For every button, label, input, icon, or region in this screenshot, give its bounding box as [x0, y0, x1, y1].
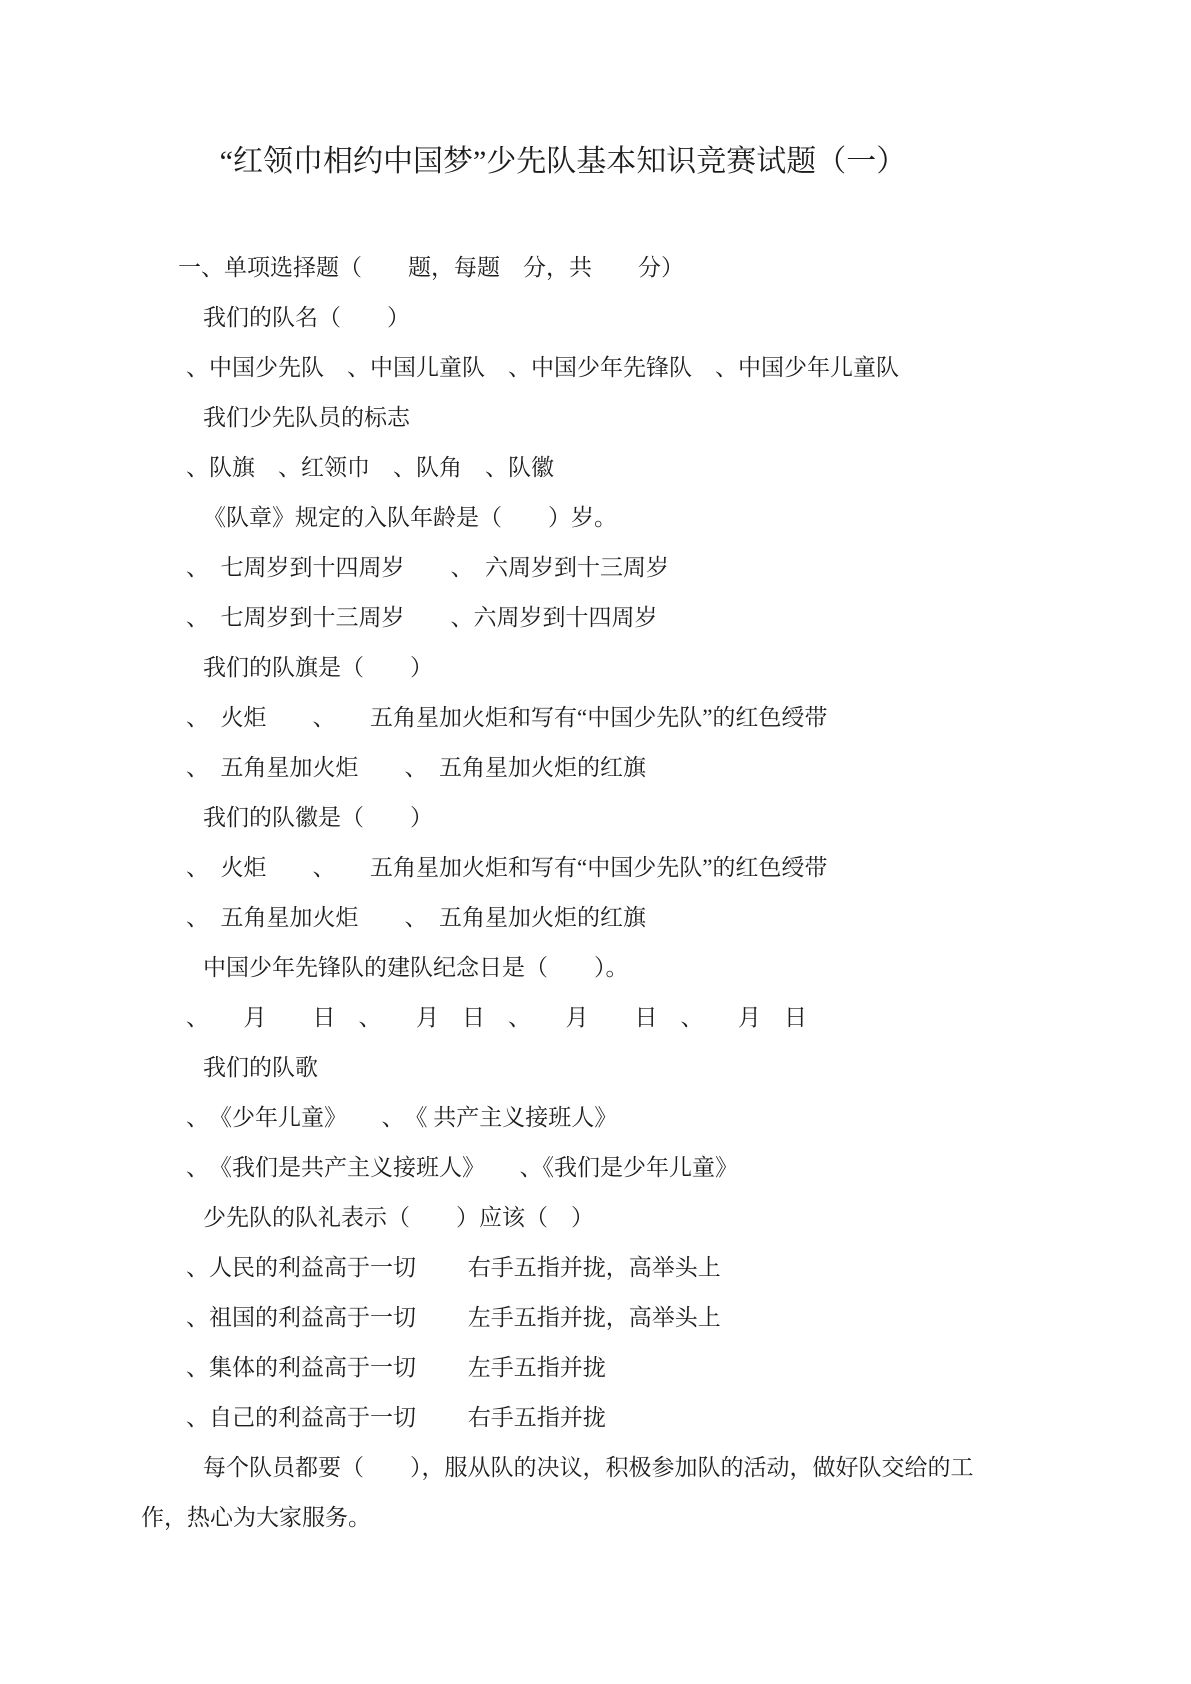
option-line: 、 火炬 、 五角星加火炬和写有“中国少先队”的红色绶带: [141, 693, 1045, 743]
document-title: “红领巾相约中国梦”少先队基本知识竞赛试题（一）: [111, 0, 1015, 183]
paragraph-continuation-line: 作，热心为大家服务。: [141, 1493, 1045, 1543]
option-line: 、人民的利益高于一切 右手五指并拢，高举头上: [141, 1243, 1045, 1293]
option-line: 、 《少年儿童》 、 《 共产主义接班人》: [141, 1093, 1045, 1143]
question-line: 我们的队名（ ）: [141, 293, 1045, 343]
option-line: 、 七周岁到十四周岁 、 六周岁到十三周岁: [141, 543, 1045, 593]
option-line: 、队旗 、红领巾 、队角 、队徽: [141, 443, 1045, 493]
option-line: 、集体的利益高于一切 左手五指并拢: [141, 1343, 1045, 1393]
option-line: 、祖国的利益高于一切 左手五指并拢，高举头上: [141, 1293, 1045, 1343]
option-line: 、 五角星加火炬 、 五角星加火炬的红旗: [141, 743, 1045, 793]
option-line: 、 五角星加火炬 、 五角星加火炬的红旗: [141, 893, 1045, 943]
option-line: 、自己的利益高于一切 右手五指并拢: [141, 1393, 1045, 1443]
option-line: 、中国少先队 、中国儿童队 、中国少年先锋队 、中国少年儿童队: [141, 343, 1045, 393]
question-line: 《队章》规定的入队年龄是（ ）岁。: [141, 493, 1045, 543]
option-line: 、 《我们是共产主义接班人》 、《我们是少年儿童》: [141, 1143, 1045, 1193]
question-line: 每个队员都要（ ），服从队的决议，积极参加队的活动，做好队交给的工: [141, 1443, 1045, 1493]
section-heading: 一、单项选择题（ 题，每题 分，共 分）: [141, 243, 1045, 293]
question-line: 我们的队歌: [141, 1043, 1045, 1093]
question-line: 我们的队旗是（ ）: [141, 643, 1045, 693]
option-line: 、 七周岁到十三周岁 、六周岁到十四周岁: [141, 593, 1045, 643]
question-line: 中国少年先锋队的建队纪念日是（ ）。: [141, 943, 1045, 993]
option-line: 、 火炬 、 五角星加火炬和写有“中国少先队”的红色绶带: [141, 843, 1045, 893]
question-line: 我们少先队员的标志: [141, 393, 1045, 443]
question-line: 少先队的队礼表示（ ）应该（ ）: [141, 1193, 1045, 1243]
document-page: “红领巾相约中国梦”少先队基本知识竞赛试题（一） 一、单项选择题（ 题，每题 分…: [0, 0, 1191, 1684]
question-line: 我们的队徽是（ ）: [141, 793, 1045, 843]
option-line: 、 月 日 、 月 日 、 月 日 、 月 日: [141, 993, 1045, 1043]
document-body: 一、单项选择题（ 题，每题 分，共 分） 我们的队名（ ） 、中国少先队 、中国…: [141, 243, 1045, 1543]
